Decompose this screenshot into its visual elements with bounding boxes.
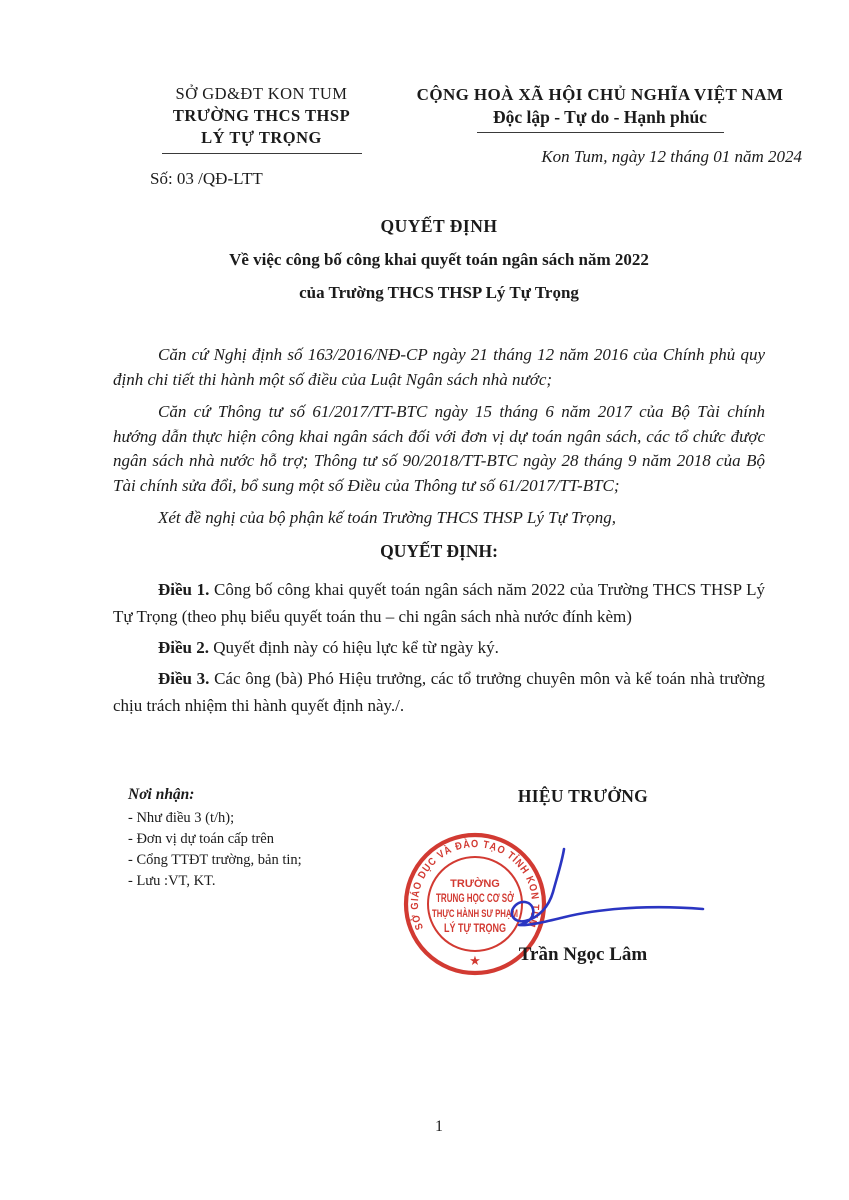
document-header: SỞ GD&ĐT KON TUM TRƯỜNG THCS THSP LÝ TỰ … <box>0 83 849 189</box>
signer-name: Trần Ngọc Lâm <box>433 944 733 966</box>
parent-agency-name: SỞ GD&ĐT KON TUM <box>113 83 410 105</box>
school-name-line1: TRƯỜNG THCS THSP <box>113 105 410 127</box>
school-name-line2: LÝ TỰ TRỌNG <box>113 127 410 149</box>
national-motto-line1: CỘNG HOÀ XÃ HỘI CHỦ NGHĨA VIỆT NAM <box>410 83 790 106</box>
document-body: Căn cứ Nghị định số 163/2016/NĐ-CP ngày … <box>113 343 765 719</box>
article-2-text: Quyết định này có hiệu lực kể từ ngày ký… <box>213 638 499 657</box>
agency-underline <box>162 153 362 154</box>
document-page: SỞ GD&ĐT KON TUM TRƯỜNG THCS THSP LÝ TỰ … <box>0 0 849 1200</box>
decides-heading: QUYẾT ĐỊNH: <box>113 541 765 562</box>
document-subtitle-line1: Về việc công bố công khai quyết toán ngâ… <box>113 250 765 270</box>
article-3: Điều 3. Các ông (bà) Phó Hiệu trưởng, cá… <box>113 665 765 719</box>
national-motto-line2: Độc lập - Tự do - Hạnh phúc <box>410 106 790 129</box>
recipient-item-1: - Như điều 3 (t/h); <box>128 808 302 829</box>
legal-basis-paragraph-1: Căn cứ Nghị định số 163/2016/NĐ-CP ngày … <box>113 343 765 392</box>
article-2-label: Điều 2. <box>158 638 209 657</box>
issuing-agency-block: SỞ GD&ĐT KON TUM TRƯỜNG THCS THSP LÝ TỰ … <box>113 83 410 189</box>
national-header-block: CỘNG HOÀ XÃ HỘI CHỦ NGHĨA VIỆT NAM Độc l… <box>410 83 790 167</box>
article-1: Điều 1. Công bố công khai quyết toán ngâ… <box>113 576 765 630</box>
place-date-line: Kon Tum, ngày 12 tháng 01 năm 2024 <box>410 147 802 167</box>
document-subtitle-line2: của Trường THCS THSP Lý Tự Trọng <box>113 283 765 303</box>
document-title: QUYẾT ĐỊNH <box>113 216 765 237</box>
article-3-label: Điều 3. <box>158 669 209 688</box>
page-number: 1 <box>113 1118 765 1136</box>
signer-position-title: HIỆU TRƯỞNG <box>433 786 733 807</box>
preamble-section: Căn cứ Nghị định số 163/2016/NĐ-CP ngày … <box>113 343 765 531</box>
recipients-heading: Nơi nhận: <box>128 786 302 804</box>
articles-section: Điều 1. Công bố công khai quyết toán ngâ… <box>113 576 765 719</box>
recipient-item-2: - Đơn vị dự toán cấp trên <box>128 829 302 850</box>
document-number: Số: 03 /QĐ-LTT <box>150 169 410 189</box>
recipient-item-3: - Cổng TTĐT trường, bản tin; <box>128 850 302 871</box>
article-1-text: Công bố công khai quyết toán ngân sách n… <box>113 580 765 626</box>
recipient-item-4: - Lưu :VT, KT. <box>128 871 302 892</box>
article-3-text: Các ông (bà) Phó Hiệu trưởng, các tổ trư… <box>113 669 765 715</box>
article-1-label: Điều 1. <box>158 580 209 599</box>
motto-underline <box>477 132 724 133</box>
handwritten-signature <box>468 846 708 934</box>
document-title-block: QUYẾT ĐỊNH Về việc công bố công khai quy… <box>113 216 765 303</box>
recipients-block: Nơi nhận: - Như điều 3 (t/h); - Đơn vị d… <box>128 786 302 892</box>
proposal-paragraph: Xét đề nghị của bộ phận kế toán Trường T… <box>113 506 765 531</box>
article-2: Điều 2. Quyết định này có hiệu lực kể từ… <box>113 634 765 661</box>
legal-basis-paragraph-2: Căn cứ Thông tư số 61/2017/TT-BTC ngày 1… <box>113 400 765 498</box>
